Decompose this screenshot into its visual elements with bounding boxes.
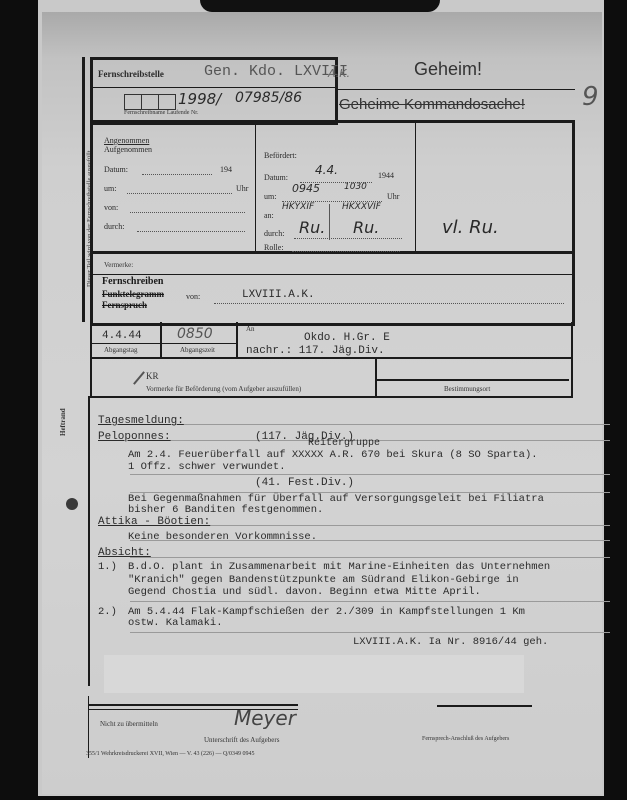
section-title-peloponnes: Peloponnes: — [98, 431, 171, 443]
divider — [236, 322, 238, 357]
divider — [90, 357, 571, 359]
paper-clip — [200, 0, 440, 12]
received-durch-field[interactable] — [137, 231, 245, 232]
divider — [88, 696, 89, 758]
an-label: An — [246, 325, 255, 333]
divider — [415, 120, 416, 251]
margin-line — [88, 396, 90, 686]
section-line: 1 Offz. schwer verwundet. — [128, 461, 286, 473]
received-datum-year: 194 — [220, 165, 232, 174]
intent-num: 1.) — [98, 561, 117, 573]
nachr-recipient: nachr.: 117. Jäg.Div. — [246, 345, 385, 357]
margin-note: 9 — [582, 82, 599, 112]
ruled-line — [130, 424, 610, 425]
message-type-funktelegramm: Funktelegramm — [102, 289, 164, 299]
intent-line: Gegend Chostia und südl. davon. Beginn e… — [128, 586, 481, 598]
divider — [335, 89, 575, 90]
classification-gkdos: Geheime Kommandosache! — [339, 96, 525, 113]
station-stamp: Gen. Kdo. LXVIII — [204, 63, 348, 80]
divider — [90, 87, 335, 88]
abgangszeit-value: 0850 — [177, 326, 213, 342]
divider — [255, 120, 256, 251]
ruled-line — [130, 601, 610, 602]
forwarded-an-label: an: — [264, 211, 274, 220]
classification-geheim: Geheim! — [414, 59, 482, 80]
forwarded-datum-year: 1944 — [378, 171, 394, 180]
signature: Meyer — [234, 706, 296, 730]
binding-label: Heftrand — [59, 408, 67, 436]
kr-mark: KR — [146, 371, 159, 381]
forwarded-durch-label: durch: — [264, 229, 284, 238]
divider — [90, 274, 572, 275]
message-type-fernspruch: Fernspruch — [102, 300, 147, 310]
punch-hole — [66, 498, 78, 510]
ruled-line — [130, 474, 610, 475]
signature-label: Unterschrift des Aufgebers — [204, 736, 279, 744]
side-bracket — [82, 57, 85, 322]
divider — [160, 322, 162, 357]
intent-line: ostw. Kalamaki. — [128, 617, 223, 629]
intent-line: B.d.O. plant in Zusammenarbeit mit Marin… — [128, 561, 550, 573]
received-datum-field[interactable] — [142, 174, 212, 175]
right-box-signature: vl. Ru. — [442, 217, 499, 238]
forwarded-datum-value: 4.4. — [315, 163, 338, 177]
abgangstag-label: Abgangstag — [104, 346, 137, 354]
dotted-line — [294, 238, 402, 239]
forwarded-datum-label: Datum: — [264, 173, 288, 182]
forwarded-durch-value-2: Ru. — [353, 218, 379, 237]
station-label: Fernschreibstelle — [98, 69, 164, 79]
divider — [90, 343, 236, 344]
dotted-line — [292, 251, 400, 252]
divider — [377, 379, 569, 381]
forwarded-um-label: um: — [264, 192, 276, 201]
section-insert: Reitergruppe — [308, 438, 380, 449]
section-line: bisher 6 Banditen festgenommen. — [128, 504, 323, 516]
abgangstag-value: 4.4.44 — [102, 330, 142, 342]
von-label: von: — [186, 292, 200, 301]
intent-num: 2.) — [98, 606, 117, 618]
vermerke-label: Vermerke: — [104, 261, 133, 269]
received-durch-label: durch: — [104, 222, 124, 231]
laufende-nr: 07985/86 — [235, 90, 302, 106]
vormerke-label: Vormerke für Beförderung (vom Aufgeber a… — [146, 385, 301, 393]
fs-name-label: Fernschreibname Laufende Nr. — [124, 110, 198, 116]
received-title-1: Angenommen — [104, 136, 149, 145]
section-line: Am 2.4. Feuerüberfall auf XXXXX A.R. 670… — [128, 449, 538, 461]
received-um-label: um: — [104, 184, 116, 193]
fs-name-boxes — [124, 94, 176, 110]
forwarded-an-value-2: HKXXVIF — [342, 202, 381, 212]
received-uhr-label: Uhr — [236, 184, 248, 193]
received-von-field[interactable] — [130, 212, 245, 213]
section-unit-41: (41. Fest.Div.) — [255, 477, 354, 489]
reference-number: LXVIII.A.K. Ia Nr. 8916/44 geh. — [353, 636, 548, 648]
forwarded-durch-value-1: Ru. — [299, 218, 325, 237]
station-hand: A.K. — [328, 67, 350, 80]
abgangszeit-label: Abgangszeit — [180, 346, 215, 354]
dotted-line — [214, 303, 564, 304]
intent-heading: Absicht: — [98, 547, 151, 559]
divider — [437, 705, 532, 707]
forwarded-um-value-2: 1030 — [344, 182, 367, 192]
received-um-field[interactable] — [127, 193, 232, 194]
section-line: Keine besonderen Vorkommnisse. — [128, 531, 317, 543]
faded-strip — [104, 655, 524, 693]
body-heading: Tagesmeldung: — [98, 415, 184, 427]
forwarded-um-value-1: 0945 — [292, 182, 320, 195]
forwarded-rolle-label: Rolle: — [264, 243, 284, 252]
received-datum-label: Datum: — [104, 165, 128, 174]
received-von-label: von: — [104, 203, 118, 212]
printer-line: 355/1 Wehrkreisdruckerei XVII, Wien — V.… — [86, 751, 254, 757]
recipient: Okdo. H.Gr. E — [304, 332, 390, 344]
forwarded-title: Befördert: — [264, 151, 297, 160]
fs-number: 1998/ — [178, 90, 221, 108]
ruled-line — [130, 632, 610, 633]
von-value: LXVIII.A.K. — [242, 289, 315, 301]
phone-label: Fernsprech-Anschluß des Aufgebers — [422, 736, 509, 742]
message-type-fernschreiben: Fernschreiben — [102, 276, 163, 287]
section-title-attika: Attika - Böotien: — [98, 516, 210, 528]
forwarded-an-value-1: HKYXIF — [282, 202, 314, 212]
divider — [329, 204, 330, 240]
ruled-line — [130, 557, 610, 558]
nicht-label: Nicht zu übermitteln — [100, 720, 158, 728]
bestimmungsort-label: Bestimmungsort — [444, 385, 490, 393]
teletype-form: Dieser Teil wird von der Fernschreibstel… — [42, 12, 602, 794]
received-title-2: Aufgenommen — [104, 145, 152, 154]
divider — [375, 357, 377, 396]
intent-line: "Kranich" gegen Bandenstützpunkte am Süd… — [128, 574, 519, 586]
forwarded-uhr-label: Uhr — [387, 192, 399, 201]
